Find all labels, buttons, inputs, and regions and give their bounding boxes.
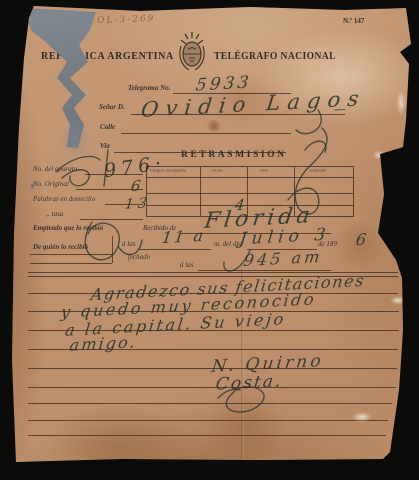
telegram-paper: OL-3-269 N.º 147 REPÚBLICA ARGENTINA TEL… xyxy=(0,0,419,480)
ink-flourish xyxy=(0,0,419,480)
telegram-scan: OL-3-269 N.º 147 REPÚBLICA ARGENTINA TEL… xyxy=(0,0,419,480)
